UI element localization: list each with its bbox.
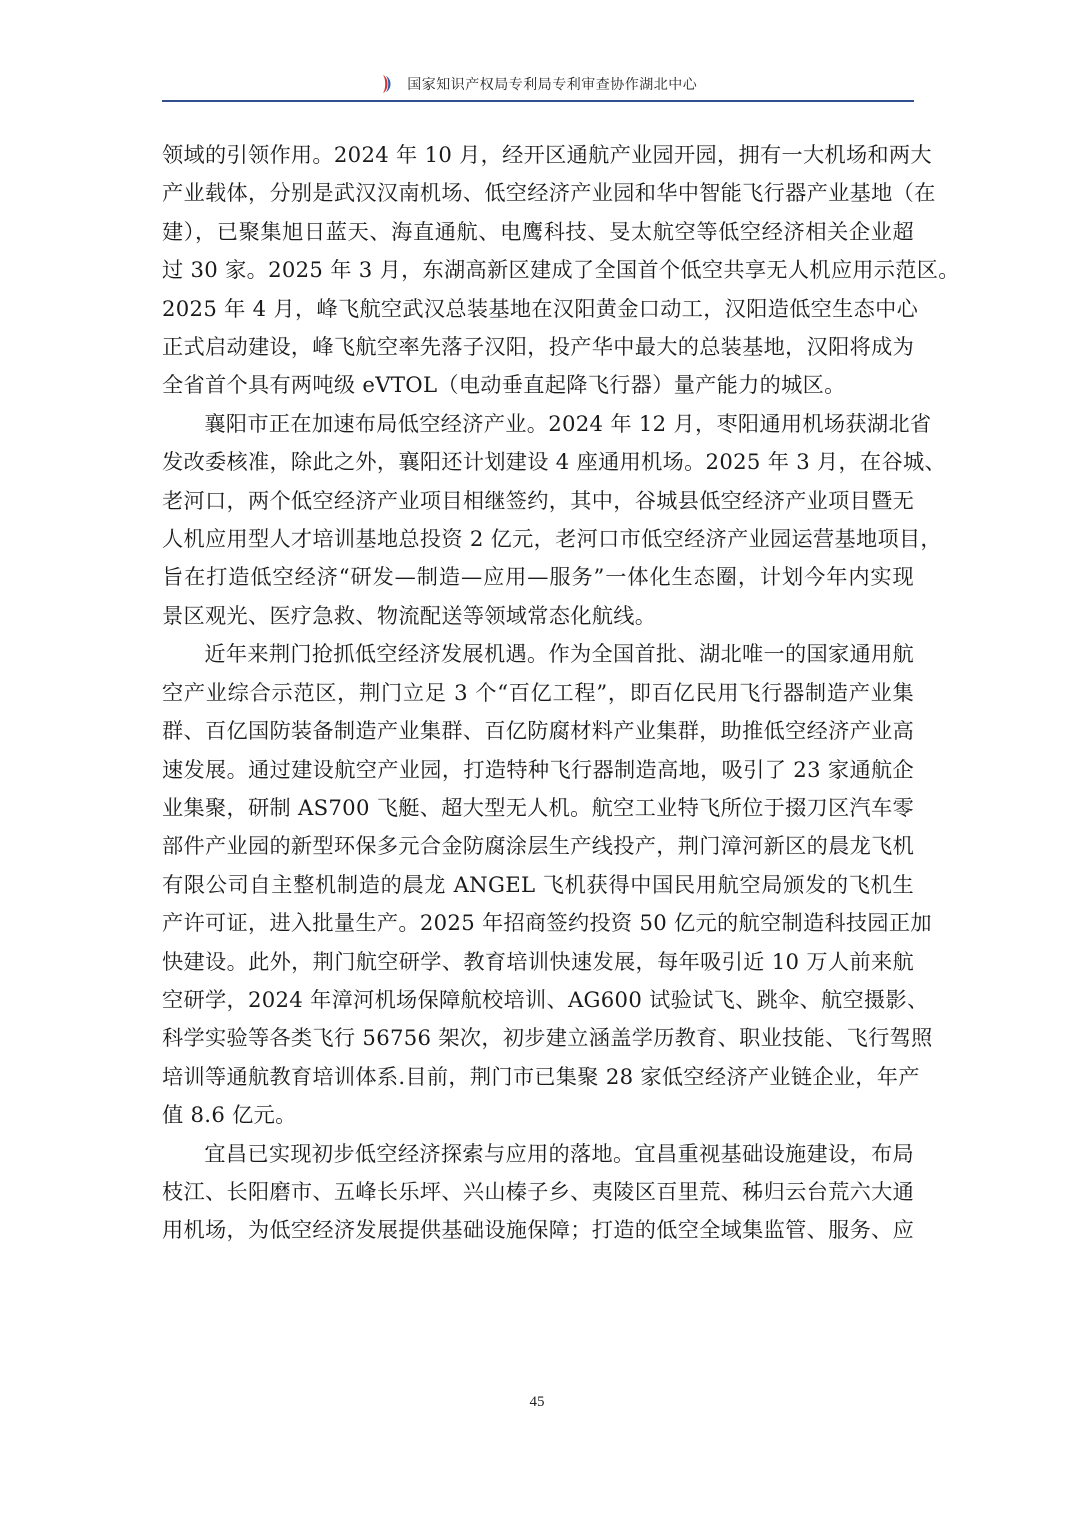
text-line: 空产业综合示范区，荆门立足 3 个“百亿工程”，即百亿民用飞行器制造产业集 — [162, 674, 914, 712]
text-line: 科学实验等各类飞行 56756 架次，初步建立涵盖学历教育、职业技能、飞行驾照 — [162, 1019, 914, 1057]
text-line: 有限公司自主整机制造的晨龙 ANGEL 飞机获得中国民用航空局颁发的飞机生 — [162, 866, 914, 904]
text-line: 速发展。通过建设航空产业园，打造特种飞行器制造高地，吸引了 23 家通航企 — [162, 751, 914, 789]
text-line: 枝江、长阳磨市、五峰长乐坪、兴山榛子乡、夷陵区百里荒、秭归云台荒六大通 — [162, 1173, 914, 1211]
text-line: 值 8.6 亿元。 — [162, 1096, 914, 1134]
text-line: 部件产业园的新型环保多元合金防腐涂层生产线投产，荆门漳河新区的晨龙飞机 — [162, 827, 914, 865]
text-line: 产许可证，进入批量生产。2025 年招商签约投资 50 亿元的航空制造科技园正加 — [162, 904, 914, 942]
text-line: 建），已聚集旭日蓝天、海直通航、电鹰科技、旻太航空等低空经济相关企业超 — [162, 213, 914, 251]
text-line: 快建设。此外，荆门航空研学、教育培训快速发展，每年吸引近 10 万人前来航 — [162, 943, 914, 981]
paragraph-yichang: 宜昌已实现初步低空经济探索与应用的落地。宜昌重视基础设施建设，布局 枝江、长阳磨… — [162, 1135, 914, 1250]
text-line: 领域的引领作用。2024 年 10 月，经开区通航产业园开园，拥有一大机场和两大 — [162, 136, 914, 174]
text-line: 培训等通航教育培训体系.目前，荆门市已集聚 28 家低空经济产业链企业，年产 — [162, 1058, 914, 1096]
text-line: 老河口，两个低空经济产业项目相继签约，其中，谷城县低空经济产业项目暨无 — [162, 482, 914, 520]
header-title: 国家知识产权局专利局专利审查协作湖北中心 — [407, 77, 697, 93]
text-line: 2025 年 4 月，峰飞航空武汉总装基地在汉阳黄金口动工，汉阳造低空生态中心 — [162, 290, 914, 328]
text-line: 襄阳市正在加速布局低空经济产业。2024 年 12 月，枣阳通用机场获湖北省 — [162, 405, 914, 443]
text-line: 正式启动建设，峰飞航空率先落子汉阳，投产华中最大的总装基地，汉阳将成为 — [162, 328, 914, 366]
text-line: 业集聚，研制 AS700 飞艇、超大型无人机。航空工业特飞所位于掇刀区汽车零 — [162, 789, 914, 827]
text-line: 旨在打造低空经济“研发—制造—应用—服务”一体化生态圈，计划今年内实现 — [162, 558, 914, 596]
document-body: 领域的引领作用。2024 年 10 月，经开区通航产业园开园，拥有一大机场和两大… — [162, 136, 914, 1250]
text-line: 宜昌已实现初步低空经济探索与应用的落地。宜昌重视基础设施建设，布局 — [162, 1135, 914, 1173]
text-line: 发改委核准，除此之外，襄阳还计划建设 4 座通用机场。2025 年 3 月，在谷… — [162, 443, 914, 481]
text-line: 过 30 家。2025 年 3 月，东湖高新区建成了全国首个低空共享无人机应用示… — [162, 251, 914, 289]
page-number: 45 — [0, 1394, 1074, 1411]
text-line: 用机场，为低空经济发展提供基础设施保障；打造的低空全域集监管、服务、应 — [162, 1211, 914, 1249]
text-line: 空研学，2024 年漳河机场保障航校培训、AG600 试验试飞、跳伞、航空摄影、 — [162, 981, 914, 1019]
text-line: 群、百亿国防装备制造产业集群、百亿防腐材料产业集群，助推低空经济产业高 — [162, 712, 914, 750]
paragraph-jingmen: 近年来荆门抢抓低空经济发展机遇。作为全国首批、湖北唯一的国家通用航 空产业综合示… — [162, 635, 914, 1134]
text-line: 近年来荆门抢抓低空经济发展机遇。作为全国首批、湖北唯一的国家通用航 — [162, 635, 914, 673]
page-header: 国家知识产权局专利局专利审查协作湖北中心 — [162, 70, 914, 102]
header-divider — [162, 100, 914, 102]
paragraph-wuhan: 领域的引领作用。2024 年 10 月，经开区通航产业园开园，拥有一大机场和两大… — [162, 136, 914, 405]
paragraph-xiangyang: 襄阳市正在加速布局低空经济产业。2024 年 12 月，枣阳通用机场获湖北省 发… — [162, 405, 914, 635]
text-line: 景区观光、医疗急救、物流配送等领域常态化航线。 — [162, 597, 914, 635]
text-line: 产业载体，分别是武汉汉南机场、低空经济产业园和华中智能飞行器产业基地（在 — [162, 174, 914, 212]
logo-icon — [379, 74, 393, 94]
text-line: 人机应用型人才培训基地总投资 2 亿元，老河口市低空经济产业园运营基地项目， — [162, 520, 914, 558]
text-line: 全省首个具有两吨级 eVTOL（电动垂直起降飞行器）量产能力的城区。 — [162, 366, 914, 404]
